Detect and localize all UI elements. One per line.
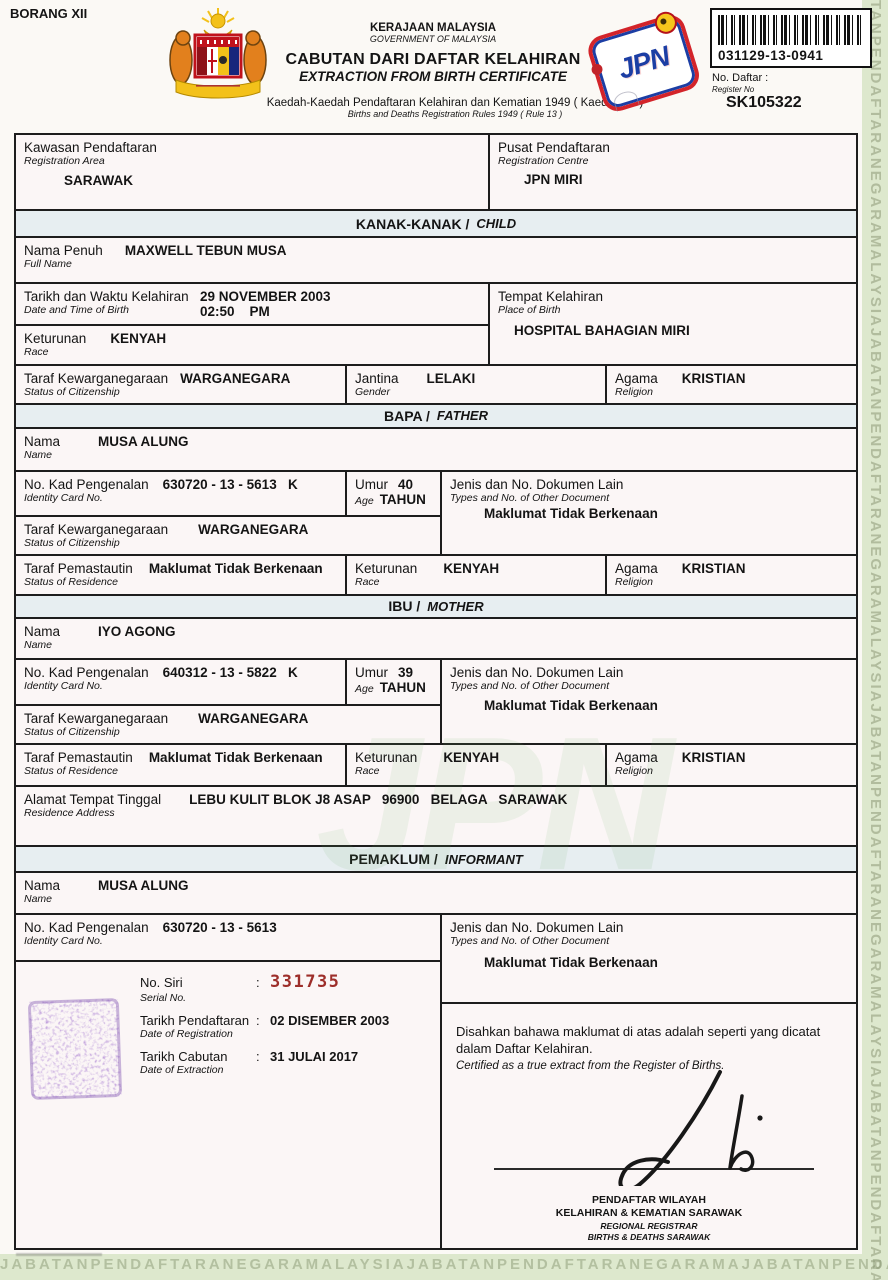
field-father-otherdoc: Jenis dan No. Dokumen Lain Types and No.… — [440, 472, 856, 554]
father-otherdoc-label-my: Jenis dan No. Dokumen Lain — [450, 477, 848, 492]
mother-name-label-en: Name — [24, 639, 848, 651]
register-no-label-my: No. Daftar : — [712, 72, 802, 85]
father-age-label-en: Age — [355, 495, 374, 507]
child-religion-label-my: Agama — [615, 371, 658, 386]
mother-otherdoc-label-my: Jenis dan No. Dokumen Lain — [450, 665, 848, 680]
register-no-value: SK105322 — [726, 94, 802, 112]
barcode-icon — [718, 15, 864, 45]
mother-age-value: 39 — [398, 665, 413, 680]
serial-number-value: 331735 — [270, 972, 340, 992]
father-ic-value: 630720 - 13 - 5613 K — [163, 477, 298, 492]
mother-age-label-en: Age — [355, 683, 374, 695]
field-informant-ic: No. Kad Pengenalan 630720 - 13 - 5613 Id… — [16, 915, 440, 960]
child-birth-row: Tarikh dan Waktu Kelahiran Date and Time… — [16, 282, 856, 364]
informant-otherdoc-label-my: Jenis dan No. Dokumen Lain — [450, 920, 848, 935]
field-father-race: Keturunan KENYAH Race — [345, 556, 605, 594]
bottom-right-col: Jenis dan No. Dokumen Lain Types and No.… — [440, 915, 856, 1248]
field-registration-centre: Pusat Pendaftaran Registration Centre JP… — [488, 135, 856, 209]
field-father-citizenship: Taraf Kewarganegaraan WARGANEGARA Status… — [16, 515, 440, 554]
informant-ic-label-my: No. Kad Pengenalan — [24, 920, 149, 935]
child-gender-value: LELAKI — [427, 371, 476, 386]
mother-race-label-my: Keturunan — [355, 750, 417, 765]
extdate-colon: : — [256, 1049, 270, 1064]
informant-otherdoc-label-en: Types and No. of Other Document — [450, 935, 848, 947]
field-mother-otherdoc: Jenis dan No. Dokumen Lain Types and No.… — [440, 660, 856, 743]
bottom-watermark-text: JABATANPENDAFTARANEGARAMALAYSIAJABATANPE… — [0, 1256, 888, 1273]
child-religion-label-en: Religion — [615, 386, 848, 398]
father-ic-row: No. Kad Pengenalan 630720 - 13 - 5613 K … — [16, 470, 856, 554]
informant-name-row: Nama MUSA ALUNG Name — [16, 871, 856, 913]
mother-ic-value: 640312 - 13 - 5822 K — [163, 665, 298, 680]
bottom-block: No. Kad Pengenalan 630720 - 13 - 5613 Id… — [16, 913, 856, 1248]
section-band-father: BAPA / FATHER — [16, 403, 856, 427]
header-center: KERAJAAN MALAYSIA GOVERNMENT OF MALAYSIA… — [268, 22, 598, 84]
register-no-block: No. Daftar : Register No SK105322 — [712, 72, 802, 112]
child-gender-label-en: Gender — [355, 386, 597, 398]
mother-residence-row: Taraf Pemastautin Maklumat Tidak Berkena… — [16, 743, 856, 785]
father-otherdoc-value: Maklumat Tidak Berkenaan — [484, 506, 848, 521]
address-label-en: Residence Address — [24, 807, 848, 819]
father-name-row: Nama MUSA ALUNG Name — [16, 427, 856, 470]
field-mother-religion: Agama KRISTIAN Religion — [605, 745, 856, 785]
field-child-gender: Jantina LELAKI Gender — [345, 366, 605, 403]
certificate-form-table: JPN Kawasan Pendaftaran Registration Are… — [14, 133, 858, 1250]
field-child-pob: Tempat Kelahiran Place of Birth HOSPITAL… — [488, 284, 856, 364]
father-name-label-en: Name — [24, 449, 848, 461]
informant-ic-value: 630720 - 13 - 5613 — [163, 920, 277, 935]
mother-ic-label-en: Identity Card No. — [24, 680, 337, 692]
mother-race-value: KENYAH — [443, 750, 499, 765]
informant-name-label-my: Nama — [24, 878, 60, 893]
child-race-label-en: Race — [24, 346, 480, 358]
mother-religion-value: KRISTIAN — [682, 750, 746, 765]
informant-section-label-my: PEMAKLUM / — [349, 851, 438, 867]
mother-residence-label-my: Taraf Pemastautin — [24, 750, 133, 765]
register-no-label-en: Register No — [712, 85, 802, 94]
side-watermark-text: TANPENDAFTARANEGARAMALAYSIAJABATANPENDAF… — [862, 0, 888, 1280]
child-pob-label-en: Place of Birth — [498, 304, 848, 316]
father-name-value: MUSA ALUNG — [98, 434, 189, 449]
father-citizenship-label-en: Status of Citizenship — [24, 537, 432, 549]
regdate-label-en: Date of Registration — [140, 1028, 440, 1040]
barcode-number: 031129-13-0941 — [718, 48, 864, 63]
child-citizenship-label-my: Taraf Kewarganegaraan — [24, 371, 168, 386]
child-name-value: MAXWELL TEBUN MUSA — [125, 243, 287, 258]
mother-religion-label-en: Religion — [615, 765, 848, 777]
registration-stamp — [26, 996, 124, 1101]
child-name-label-my: Nama Penuh — [24, 243, 103, 258]
child-pob-label-my: Tempat Kelahiran — [498, 289, 848, 304]
field-informant-otherdoc: Jenis dan No. Dokumen Lain Types and No.… — [442, 915, 856, 1002]
father-age-value: 40 — [398, 477, 413, 492]
child-citizenship-value: WARGANEGARA — [180, 371, 290, 386]
registrar-title-my-2: KELAHIRAN & KEMATIAN SARAWAK — [450, 1207, 848, 1221]
father-age-label-my: Umur — [355, 477, 388, 492]
field-child-dob: Tarikh dan Waktu Kelahiran Date and Time… — [16, 284, 488, 324]
father-name-label-my: Nama — [24, 434, 60, 449]
mother-ic-row: No. Kad Pengenalan 640312 - 13 - 5822 K … — [16, 658, 856, 743]
child-name-label-en: Full Name — [24, 258, 848, 270]
document-title-en: EXTRACTION FROM BIRTH CERTIFICATE — [268, 69, 598, 84]
field-mother-citizenship: Taraf Kewarganegaraan WARGANEGARA Status… — [16, 704, 440, 743]
mother-citizenship-label-en: Status of Citizenship — [24, 726, 432, 738]
child-dob-label-en: Date and Time of Birth — [24, 304, 190, 316]
certification-statement-my: Disahkan bahawa maklumat di atas adalah … — [456, 1023, 842, 1058]
extdate-value: 31 JULAI 2017 — [270, 1049, 358, 1064]
mother-name-value: IYO AGONG — [98, 624, 176, 639]
father-race-value: KENYAH — [443, 561, 499, 576]
child-section-label-en: CHILD — [476, 216, 516, 231]
field-father-ic: No. Kad Pengenalan 630720 - 13 - 5613 K … — [16, 472, 345, 515]
child-name-row: Nama Penuh MAXWELL TEBUN MUSA Full Name — [16, 236, 856, 282]
child-birth-left-col: Tarikh dan Waktu Kelahiran Date and Time… — [16, 284, 488, 364]
field-mother-age: Umur 39 Age TAHUN — [345, 660, 440, 704]
registration-row: Kawasan Pendaftaran Registration Area SA… — [16, 135, 856, 209]
father-religion-label-en: Religion — [615, 576, 848, 588]
birth-certificate-scan: TANPENDAFTARANEGARAMALAYSIAJABATANPENDAF… — [0, 0, 888, 1280]
father-age-unit: TAHUN — [380, 492, 426, 507]
field-mother-ic: No. Kad Pengenalan 640312 - 13 - 5822 K … — [16, 660, 345, 704]
registrar-title-my-1: PENDAFTAR WILAYAH — [450, 1194, 848, 1208]
registration-area-label-en: Registration Area — [24, 155, 480, 167]
extdate-label-en: Date of Extraction — [140, 1064, 440, 1076]
field-mother-residence: Taraf Pemastautin Maklumat Tidak Berkena… — [16, 745, 345, 785]
registration-centre-label-my: Pusat Pendaftaran — [498, 140, 848, 155]
serial-colon: : — [256, 975, 270, 990]
informant-ic-label-en: Identity Card No. — [24, 935, 432, 947]
child-dob-time-value: 02:50 PM — [200, 304, 331, 319]
informant-section-label-en: INFORMANT — [445, 852, 523, 867]
mother-race-label-en: Race — [355, 765, 597, 777]
child-section-label-my: KANAK-KANAK / — [356, 216, 470, 232]
barcode-block: 031129-13-0941 — [710, 8, 872, 68]
registrar-title-en-1: REGIONAL REGISTRAR — [450, 1221, 848, 1232]
father-religion-label-my: Agama — [615, 561, 658, 576]
father-ic-label-en: Identity Card No. — [24, 492, 337, 504]
registration-centre-label-en: Registration Centre — [498, 155, 848, 167]
father-citizenship-value: WARGANEGARA — [198, 522, 308, 537]
father-ic-label-my: No. Kad Pengenalan — [24, 477, 149, 492]
field-child-religion: Agama KRISTIAN Religion — [605, 366, 856, 403]
field-mother-race: Keturunan KENYAH Race — [345, 745, 605, 785]
father-citizenship-label-my: Taraf Kewarganegaraan — [24, 522, 168, 537]
father-section-label-my: BAPA / — [384, 408, 430, 424]
security-microprint — [16, 1253, 102, 1256]
extdate-label-my: Tarikh Cabutan — [140, 1049, 256, 1064]
section-band-informant: PEMAKLUM / INFORMANT — [16, 845, 856, 870]
mother-citizenship-label-my: Taraf Kewarganegaraan — [24, 711, 168, 726]
serial-label-en: Serial No. — [140, 992, 440, 1004]
field-residence-address: Alamat Tempat Tinggal LEBU KULIT BLOK J8… — [16, 787, 856, 845]
father-otherdoc-label-en: Types and No. of Other Document — [450, 492, 848, 504]
address-row: Alamat Tempat Tinggal LEBU KULIT BLOK J8… — [16, 785, 856, 845]
field-father-name: Nama MUSA ALUNG Name — [16, 429, 856, 470]
registration-area-label-my: Kawasan Pendaftaran — [24, 140, 480, 155]
regdate-colon: : — [256, 1013, 270, 1028]
regdate-label-my: Tarikh Pendaftaran — [140, 1013, 256, 1028]
mother-ic-label-my: No. Kad Pengenalan — [24, 665, 149, 680]
registrar-title-block: PENDAFTAR WILAYAH KELAHIRAN & KEMATIAN S… — [450, 1194, 848, 1243]
father-residence-row: Taraf Pemastautin Maklumat Tidak Berkena… — [16, 554, 856, 594]
child-race-label-my: Keturunan — [24, 331, 86, 346]
mother-residence-label-en: Status of Residence — [24, 765, 337, 777]
field-father-age: Umur 40 Age TAHUN — [345, 472, 440, 515]
mother-citizenship-value: WARGANEGARA — [198, 711, 308, 726]
registrar-title-en-2: BIRTHS & DEATHS SARAWAK — [450, 1232, 848, 1243]
field-mother-name: Nama IYO AGONG Name — [16, 619, 856, 658]
serial-label-my: No. Siri — [140, 975, 256, 990]
mother-otherdoc-label-en: Types and No. of Other Document — [450, 680, 848, 692]
father-religion-value: KRISTIAN — [682, 561, 746, 576]
field-father-residence: Taraf Pemastautin Maklumat Tidak Berkena… — [16, 556, 345, 594]
informant-otherdoc-value: Maklumat Tidak Berkenaan — [484, 955, 848, 970]
child-race-value: KENYAH — [110, 331, 166, 346]
child-gender-label-my: Jantina — [355, 371, 399, 386]
father-ic-left-col: No. Kad Pengenalan 630720 - 13 - 5613 K … — [16, 472, 440, 554]
field-child-race: Keturunan KENYAH Race — [16, 324, 488, 364]
father-residence-value: Maklumat Tidak Berkenaan — [149, 561, 323, 576]
bottom-left-col: No. Kad Pengenalan 630720 - 13 - 5613 Id… — [16, 915, 440, 1248]
mother-section-label-en: MOTHER — [427, 599, 483, 614]
address-label-my: Alamat Tempat Tinggal — [24, 792, 161, 807]
section-band-child: KANAK-KANAK / CHILD — [16, 209, 856, 236]
child-dob-date-value: 29 NOVEMBER 2003 — [200, 289, 331, 304]
field-child-name: Nama Penuh MAXWELL TEBUN MUSA Full Name — [16, 238, 856, 282]
mother-age-label-my: Umur — [355, 665, 388, 680]
certification-area: Disahkan bahawa maklumat di atas adalah … — [442, 1002, 856, 1248]
mother-religion-label-my: Agama — [615, 750, 658, 765]
father-residence-label-en: Status of Residence — [24, 576, 337, 588]
regdate-value: 02 DISEMBER 2003 — [270, 1013, 389, 1028]
child-pob-value: HOSPITAL BAHAGIAN MIRI — [514, 323, 848, 338]
section-band-mother: IBU / MOTHER — [16, 594, 856, 617]
child-religion-value: KRISTIAN — [682, 371, 746, 386]
government-title-my: KERAJAAN MALAYSIA — [268, 22, 598, 34]
address-value: LEBU KULIT BLOK J8 ASAP 96900 BELAGA SAR… — [189, 792, 567, 807]
child-citizenship-label-en: Status of Citizenship — [24, 386, 337, 398]
informant-name-label-en: Name — [24, 893, 848, 905]
document-title-my: CABUTAN DARI DAFTAR KELAHIRAN — [268, 51, 598, 69]
field-father-religion: Agama KRISTIAN Religion — [605, 556, 856, 594]
mother-ic-left-col: No. Kad Pengenalan 640312 - 13 - 5822 K … — [16, 660, 440, 743]
mother-name-label-my: Nama — [24, 624, 60, 639]
field-informant-name: Nama MUSA ALUNG Name — [16, 873, 856, 913]
mother-residence-value: Maklumat Tidak Berkenaan — [149, 750, 323, 765]
father-race-label-en: Race — [355, 576, 597, 588]
form-code: BORANG XII — [10, 6, 87, 21]
child-status-row: Taraf Kewarganegaraan WARGANEGARA Status… — [16, 364, 856, 403]
field-registration-area: Kawasan Pendaftaran Registration Area SA… — [16, 135, 488, 209]
mother-otherdoc-value: Maklumat Tidak Berkenaan — [484, 698, 848, 713]
registration-area-value: SARAWAK — [64, 173, 480, 188]
government-title-en: GOVERNMENT OF MALAYSIA — [268, 34, 598, 44]
mother-name-row: Nama IYO AGONG Name — [16, 617, 856, 658]
father-race-label-my: Keturunan — [355, 561, 417, 576]
child-dob-label-my: Tarikh dan Waktu Kelahiran — [24, 289, 190, 304]
mother-age-unit: TAHUN — [380, 680, 426, 695]
father-residence-label-my: Taraf Pemastautin — [24, 561, 133, 576]
registration-centre-value: JPN MIRI — [524, 172, 848, 187]
serial-dates-area: No. Siri : 331735 Serial No. Tarikh Pend… — [16, 960, 440, 1248]
field-child-citizenship: Taraf Kewarganegaraan WARGANEGARA Status… — [16, 366, 345, 403]
informant-name-value: MUSA ALUNG — [98, 878, 189, 893]
mother-section-label-my: IBU / — [388, 598, 420, 614]
father-section-label-en: FATHER — [437, 408, 488, 423]
